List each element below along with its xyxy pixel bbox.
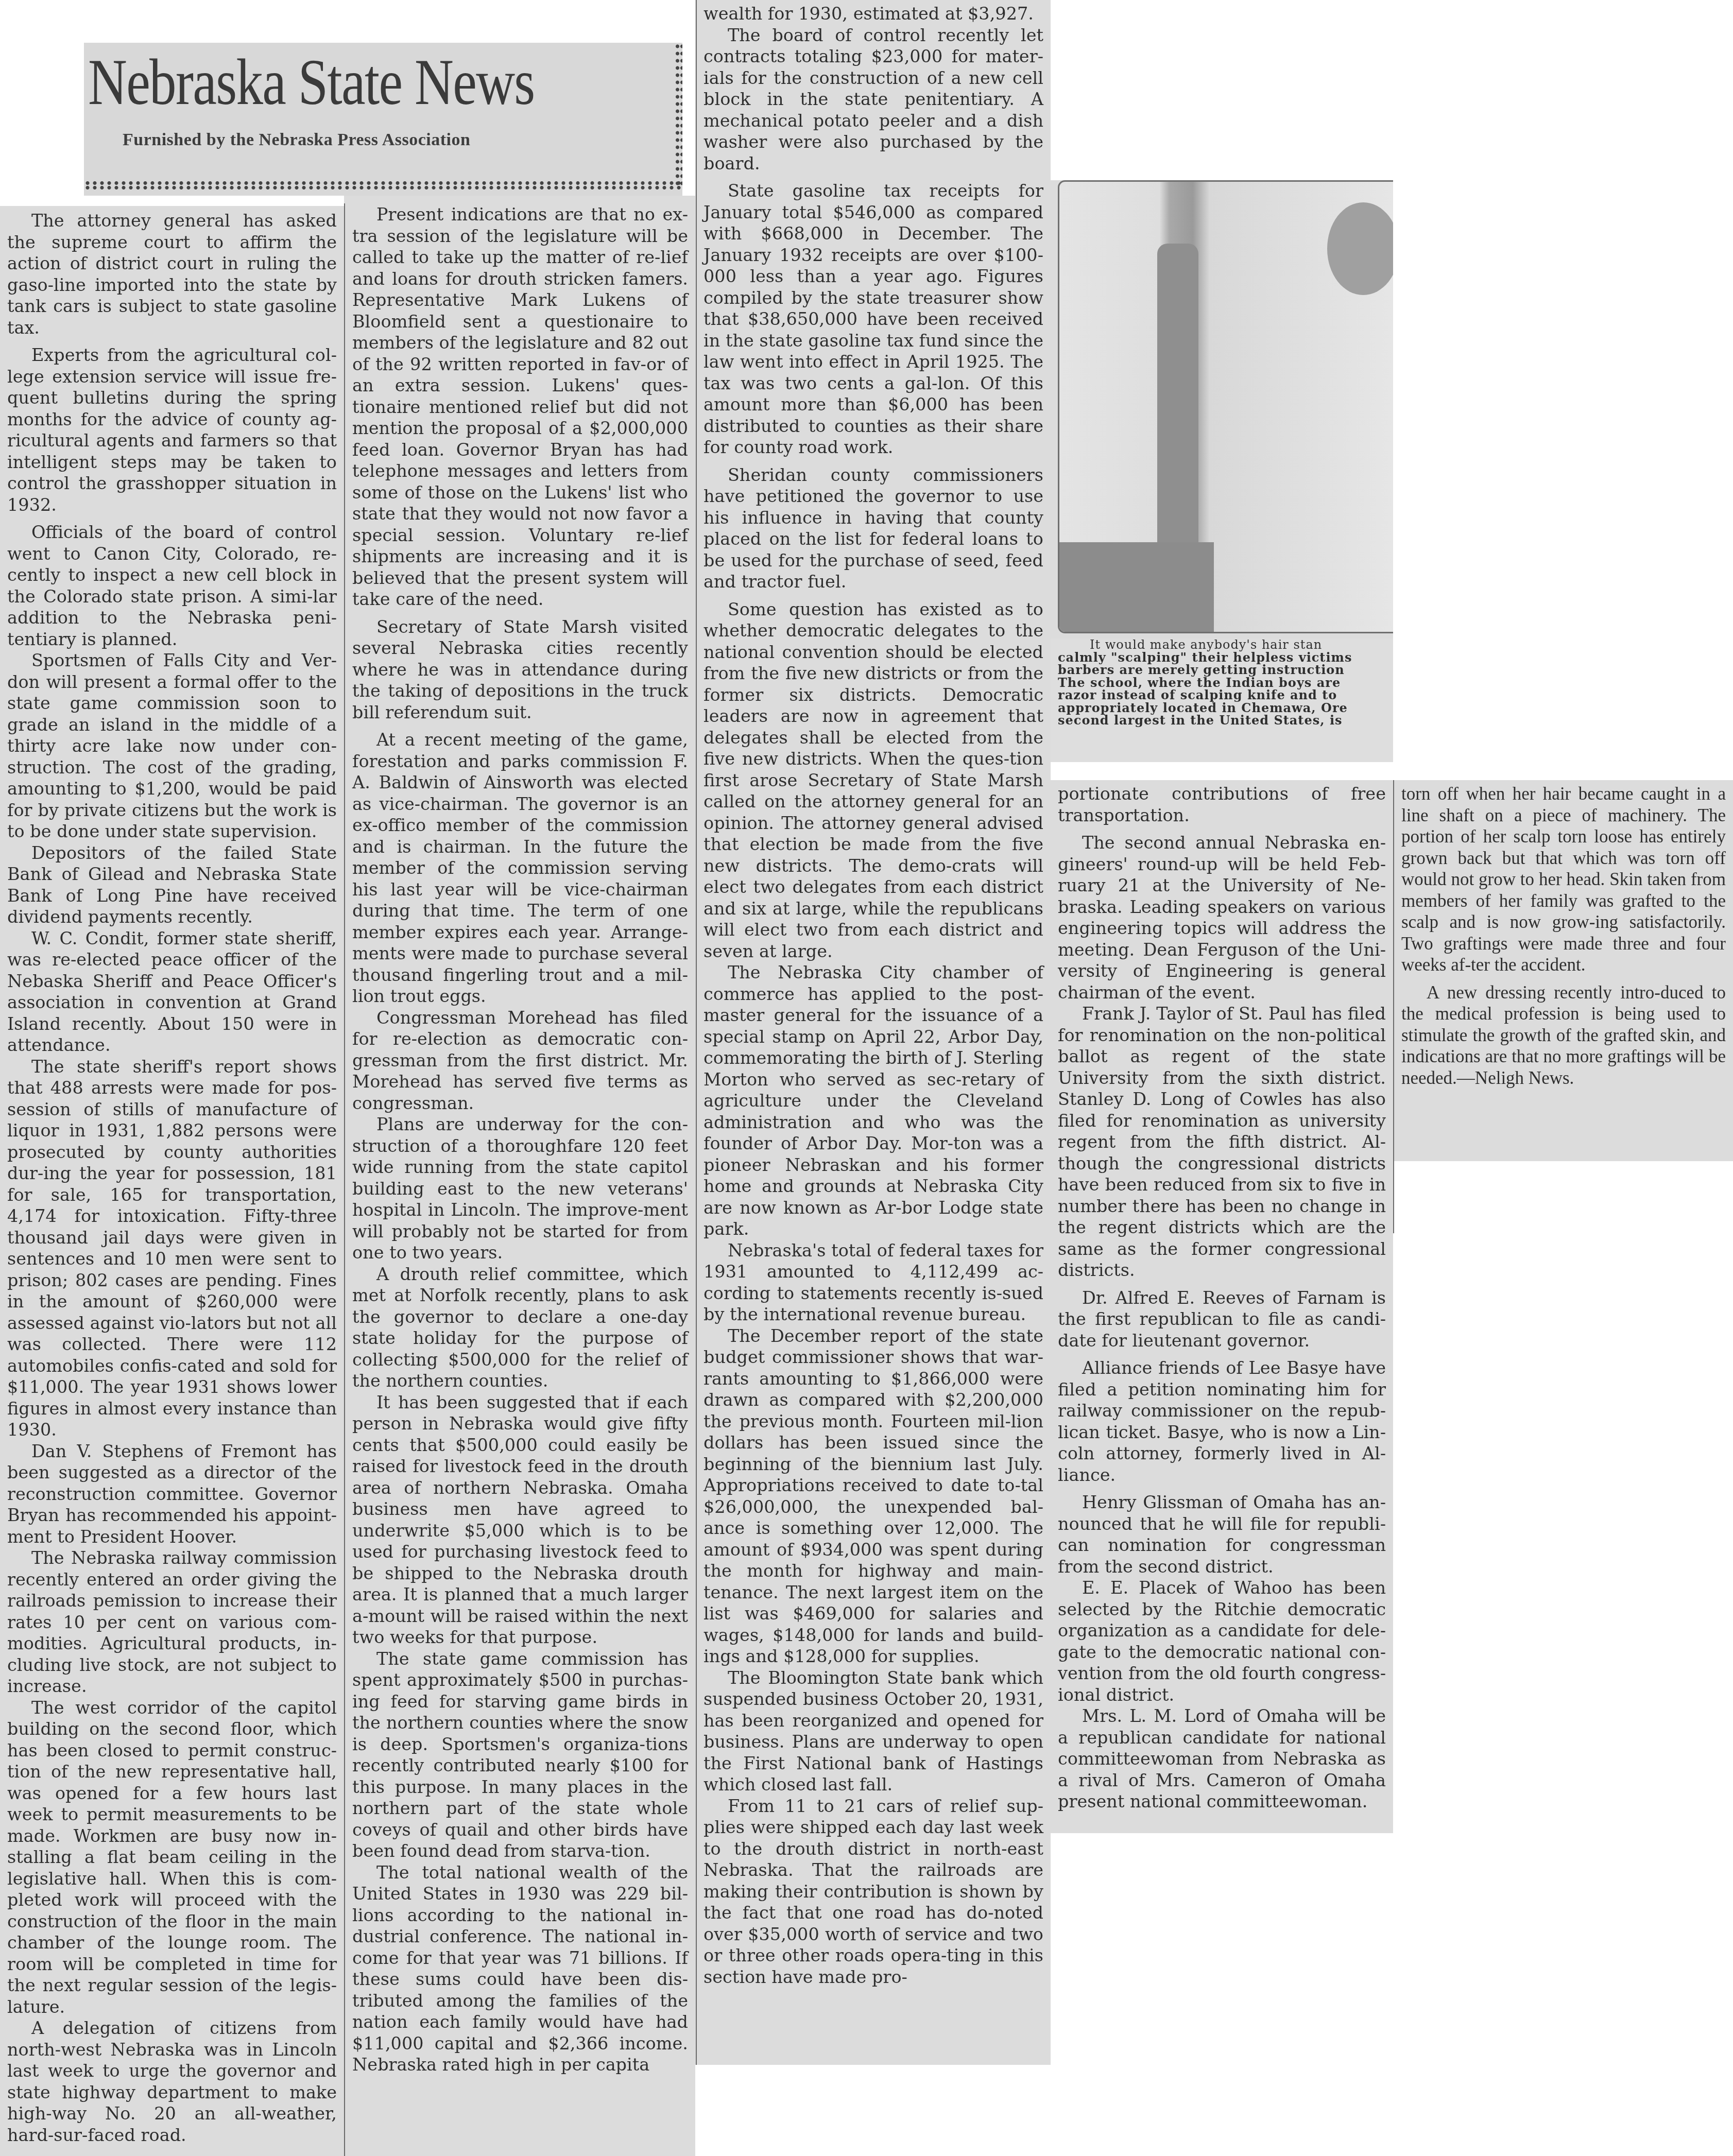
- caption-line: second largest in the United States, is: [1058, 714, 1393, 727]
- article: Sportsmen of Falls City and Ver-don will…: [7, 650, 337, 842]
- article-continuation: portionate contributions of free transpo…: [1058, 783, 1386, 826]
- article: Alliance friends of Lee Basye have filed…: [1058, 1357, 1386, 1486]
- article: Frank J. Taylor of St. Paul has filed fo…: [1058, 1003, 1386, 1281]
- article: From 11 to 21 cars of relief sup-plies w…: [704, 1796, 1043, 1988]
- article: Henry Glissman of Omaha has an-nounced t…: [1058, 1492, 1386, 1577]
- article: A drouth relief committee, which met at …: [352, 1264, 688, 1392]
- article: It has been suggested that if each perso…: [352, 1392, 688, 1648]
- photo-figure-head: [1327, 202, 1393, 295]
- article: Sheridan county commissioners have petit…: [704, 464, 1043, 593]
- photo-caption: It would make anybody's hair stan calmly…: [1051, 639, 1393, 762]
- article: The state sheriff's report shows that 48…: [7, 1056, 337, 1441]
- article: E. E. Placek of Wahoo has been selected …: [1058, 1577, 1386, 1705]
- article: The west corridor of the capitol buildin…: [7, 1697, 337, 2018]
- article: The Nebraska railway commission recently…: [7, 1547, 337, 1697]
- ornamental-rule-horizontal: [84, 181, 682, 190]
- caption-line: barbers are merely getting instruction: [1058, 664, 1393, 677]
- column-2: Present indications are that no ex-tra s…: [345, 201, 695, 2156]
- article: The board of control recently let contra…: [704, 25, 1043, 175]
- ornamental-rule-vertical: [675, 43, 682, 185]
- article: Congressman Morehead has filed for re-el…: [352, 1007, 688, 1114]
- page-title: Nebraska State News: [88, 46, 535, 118]
- article-continuation: wealth for 1930, estimated at $3,927.: [704, 3, 1043, 25]
- article: Some question has existed as to whether …: [704, 599, 1043, 962]
- column-5: torn off when her hair became caught in …: [1394, 780, 1733, 1161]
- article: Nebraska's total of federal taxes for 19…: [704, 1240, 1043, 1325]
- article: The attorney general has asked the supre…: [7, 210, 337, 338]
- article: Plans are underway for the con-struction…: [352, 1114, 688, 1264]
- masthead-subtitle: Furnished by the Nebraska Press Associat…: [123, 130, 470, 150]
- article: Mrs. L. M. Lord of Omaha will be a repub…: [1058, 1705, 1386, 1813]
- article: Dr. Alfred E. Reeves of Farnam is the fi…: [1058, 1287, 1386, 1352]
- news-photo: [1058, 180, 1393, 633]
- photo-floor-shadow: [1059, 542, 1214, 633]
- masthead: Nebraska State News Furnished by the Neb…: [84, 43, 682, 196]
- article: Present indications are that no ex-tra s…: [352, 204, 688, 610]
- article: The state game commission has spent appr…: [352, 1648, 688, 1862]
- article: Secretary of State Marsh visited several…: [352, 616, 688, 723]
- article-continuation: torn off when her hair became caught in …: [1401, 783, 1726, 976]
- article: State gasoline tax receipts for January …: [704, 180, 1043, 458]
- article: Officials of the board of control went t…: [7, 522, 337, 650]
- article: At a recent meeting of the game, foresta…: [352, 729, 688, 1007]
- caption-line: razor instead of scalping knife and to: [1058, 689, 1393, 702]
- article: W. C. Condit, former state sheriff, was …: [7, 928, 337, 1056]
- article: Depositors of the failed State Bank of G…: [7, 842, 337, 928]
- article: Dan V. Stephens of Fremont has been sugg…: [7, 1441, 337, 1548]
- article: The December report of the state budget …: [704, 1325, 1043, 1667]
- article: The Bloomington State bank which suspend…: [704, 1667, 1043, 1796]
- column-3: wealth for 1930, estimated at $3,927. Th…: [696, 0, 1051, 2065]
- column-4: portionate contributions of free transpo…: [1051, 780, 1393, 1833]
- article: Experts from the agricultural col-lege e…: [7, 344, 337, 515]
- caption-line: It would make anybody's hair stan: [1058, 639, 1393, 651]
- article: The Nebraska City chamber of commerce ha…: [704, 962, 1043, 1240]
- article: A new dressing recently intro-duced to t…: [1401, 982, 1726, 1089]
- article: The second annual Nebraska en-gineers' r…: [1058, 832, 1386, 1003]
- column-1: The attorney general has asked the supre…: [0, 207, 344, 2156]
- article: A delegation of citizens from north-west…: [7, 2017, 337, 2146]
- article: The total national wealth of the United …: [352, 1862, 688, 2076]
